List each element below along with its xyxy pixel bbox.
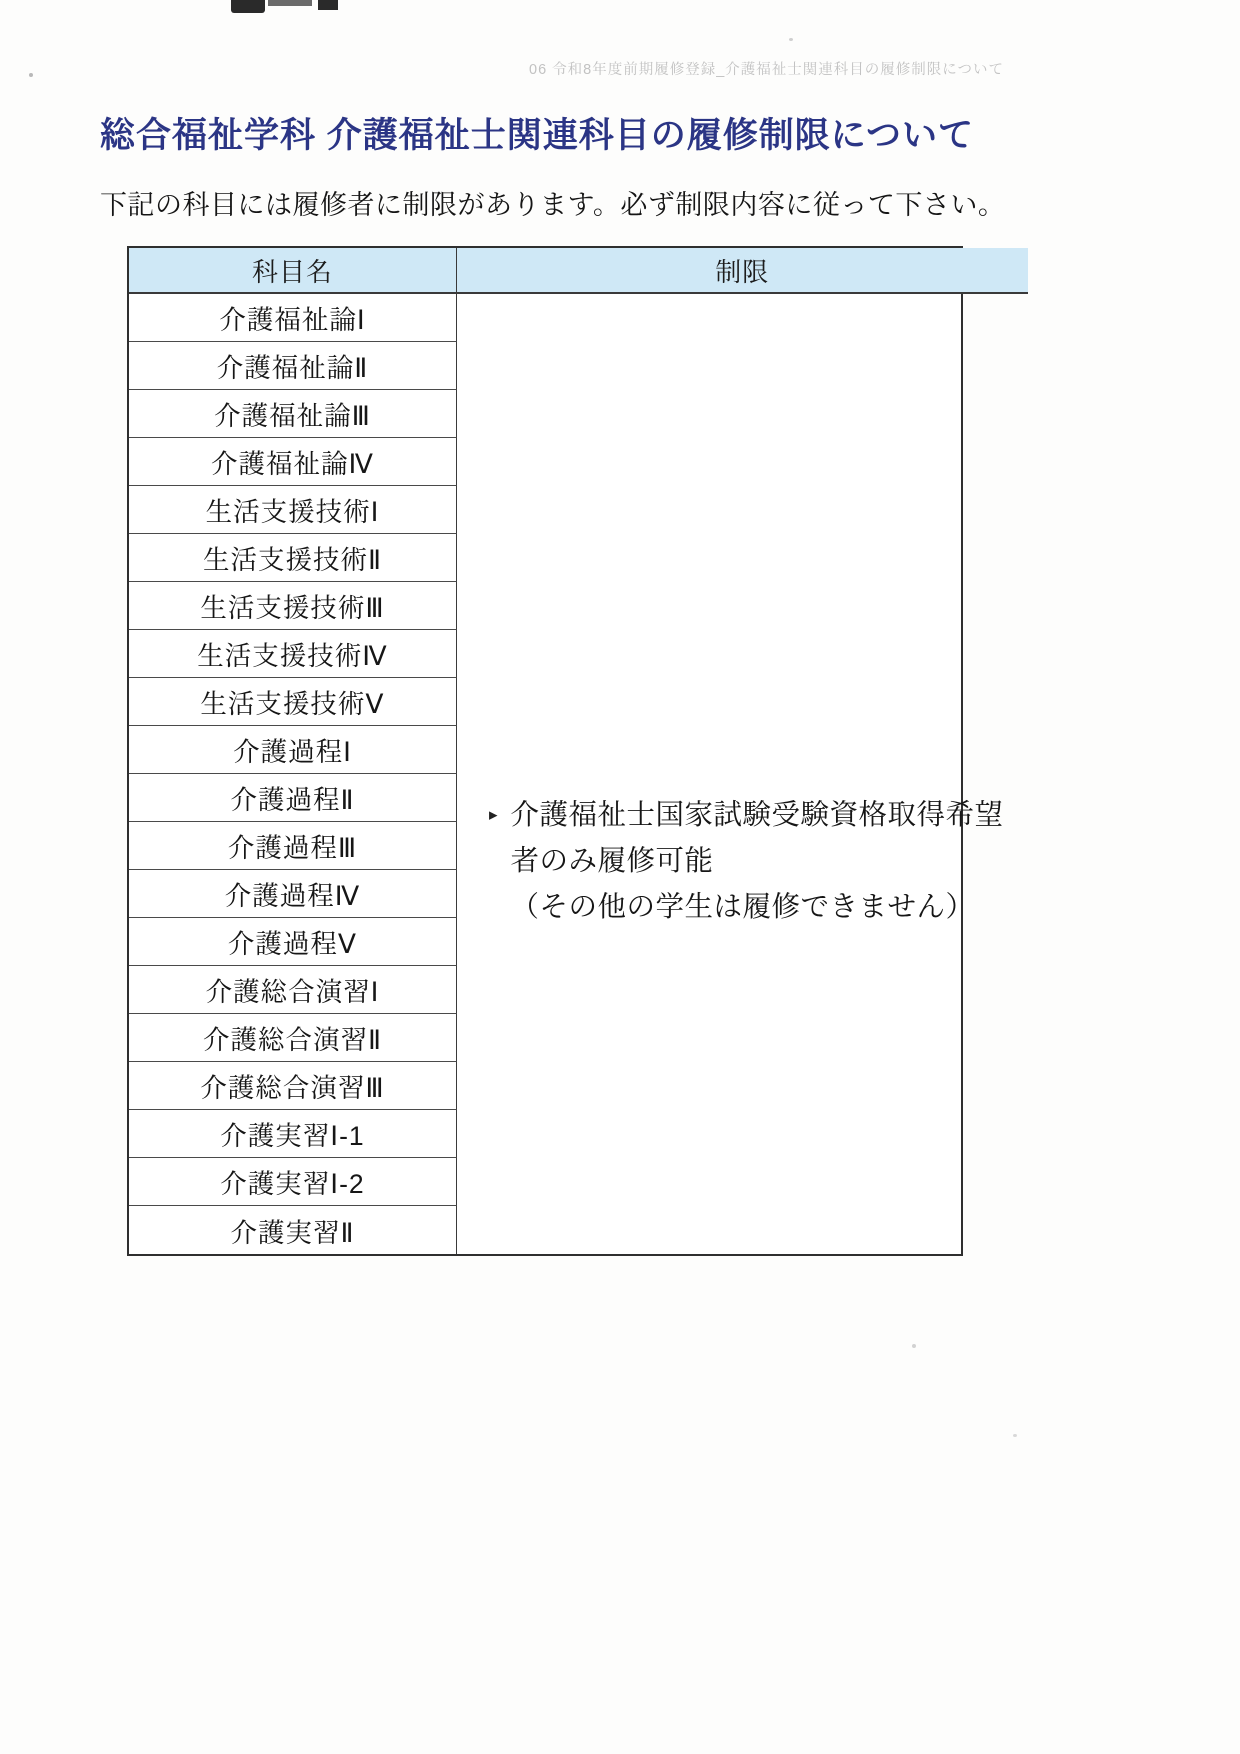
table-row-subject: 生活支援技術Ⅳ <box>129 630 457 678</box>
scan-speck <box>912 1344 916 1348</box>
scan-artifact <box>318 0 338 10</box>
restriction-main-text: 介護福祉士国家試験受験資格取得希望者のみ履修可能 <box>511 792 1008 884</box>
table-row-subject: 生活支援技術Ⅰ <box>129 486 457 534</box>
table-row-subject: 介護過程Ⅲ <box>129 822 457 870</box>
restriction-text: 介護福祉士国家試験受験資格取得希望者のみ履修可能 （その他の学生は履修できません… <box>511 792 1008 930</box>
restriction-table: 科目名 制限 ▸ 介護福祉士国家試験受験資格取得希望者のみ履修可能 （その他の学… <box>127 246 963 1256</box>
table-row-subject: 介護総合演習Ⅱ <box>129 1014 457 1062</box>
table-row-subject: 介護福祉論Ⅱ <box>129 342 457 390</box>
table-row-subject: 生活支援技術Ⅲ <box>129 582 457 630</box>
table-row-subject: 生活支援技術Ⅱ <box>129 534 457 582</box>
table-row-subject: 介護過程Ⅴ <box>129 918 457 966</box>
table-row-subject: 介護実習Ⅰ-1 <box>129 1110 457 1158</box>
table-row-subject: 介護福祉論Ⅲ <box>129 390 457 438</box>
intro-text: 下記の科目には履修者に制限があります。必ず制限内容に従って下さい。 <box>100 183 1005 222</box>
table-row-subject: 介護実習Ⅰ-2 <box>129 1158 457 1206</box>
restriction-merged-cell: ▸ 介護福祉士国家試験受験資格取得希望者のみ履修可能 （その他の学生は履修できま… <box>457 294 1028 1254</box>
restriction-note-text: （その他の学生は履修できません） <box>511 884 1008 930</box>
table-row-subject: 介護過程Ⅱ <box>129 774 457 822</box>
scan-speck <box>1013 1434 1017 1437</box>
table-row-subject: 介護過程Ⅰ <box>129 726 457 774</box>
table-row-subject: 介護福祉論Ⅰ <box>129 294 457 342</box>
table-row-subject: 介護福祉論Ⅳ <box>129 438 457 486</box>
table-row-subject: 介護実習Ⅱ <box>129 1206 457 1254</box>
table-row-subject: 介護総合演習Ⅲ <box>129 1062 457 1110</box>
scan-artifact <box>231 0 265 13</box>
scan-speck <box>789 38 793 41</box>
restriction-item: ▸ 介護福祉士国家試験受験資格取得希望者のみ履修可能 （その他の学生は履修できま… <box>489 792 1008 930</box>
table-row-subject: 介護総合演習Ⅰ <box>129 966 457 1014</box>
scan-artifact <box>268 0 312 6</box>
page-title: 総合福祉学科 介護福祉士関連科目の履修制限について <box>100 108 974 158</box>
document-header-note: 06 令和8年度前期履修登録_介護福祉士関連科目の履修制限について <box>529 58 1004 79</box>
table-row-subject: 介護過程Ⅳ <box>129 870 457 918</box>
bullet-triangle-icon: ▸ <box>489 792 498 838</box>
scan-speck <box>29 73 33 77</box>
column-header-subject: 科目名 <box>129 248 457 294</box>
table-row-subject: 生活支援技術Ⅴ <box>129 678 457 726</box>
column-header-restriction: 制限 <box>457 248 1028 294</box>
